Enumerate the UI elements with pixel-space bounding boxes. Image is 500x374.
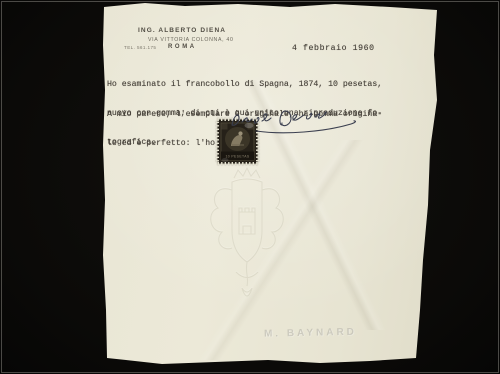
crest-mantling-left [211,189,232,249]
certificate-sheet: ING. ALBERTO DIENA VIA VITTORIA COLONNA,… [0,0,500,374]
letterhead-name: ING. ALBERTO DIENA [138,27,226,34]
photo-glare [222,158,229,162]
signature-surname [280,111,326,126]
letterhead: ING. ALBERTO DIENA VIA VITTORIA COLONNA,… [138,27,226,34]
expert-signature-autograph [222,104,372,138]
crest-crown [234,168,260,178]
watermark-text: M. BAYNARD [264,325,424,339]
date-line: 4 febbraio 1960 [292,44,375,53]
letterhead-phone: TEL. 561.175 [124,45,156,50]
crest-mantling-right [262,189,283,249]
stamp-denomination-text: 10 PESETAS [225,155,249,159]
letterhead-address: VIA VITTORIA COLONNA, 40 [148,37,234,43]
crest-tassel [236,262,258,296]
crest-castle-tower [239,208,255,234]
signature-first-word [232,114,271,125]
embossed-crest [188,156,306,314]
crest-shield [232,179,262,262]
paragraph-line: Ho esaminato il francobollo di Spagna, 1… [107,80,382,90]
photograph-of-certificate: ING. ALBERTO DIENA VIA VITTORIA COLONNA,… [0,0,500,374]
signature-underline-flourish [256,121,355,133]
letterhead-city: ROMA [168,44,197,50]
